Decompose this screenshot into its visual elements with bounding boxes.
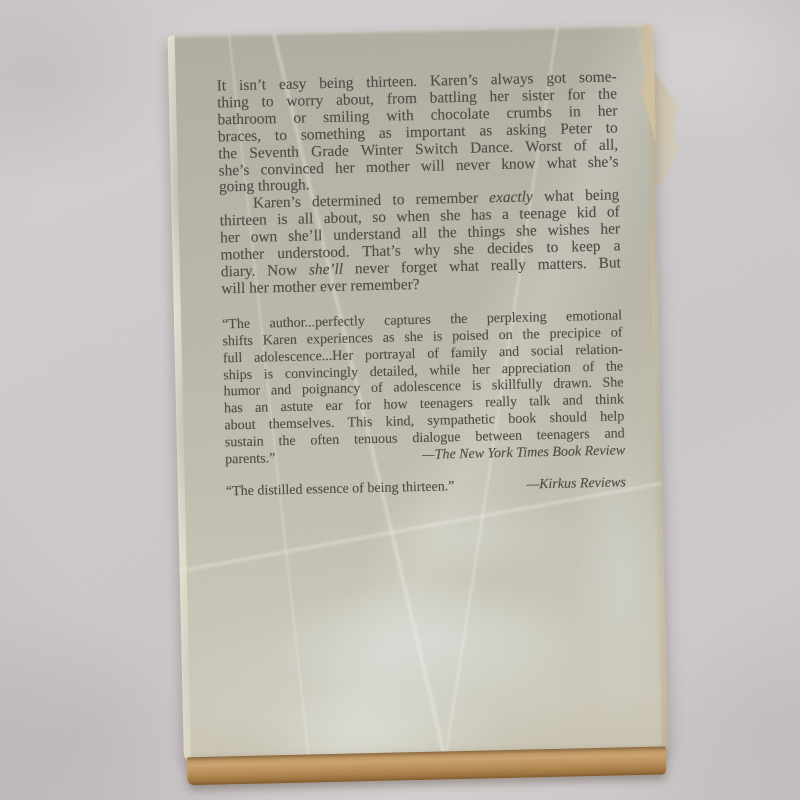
text-segment: parents.” [225,451,275,467]
text-segment: “The distilled essence of being thirteen… [226,479,455,499]
paperback-book: It isn’t easy being thirteen. Karen’s al… [168,25,669,786]
text-segment: exactly [489,189,533,207]
synopsis-paragraphs: It isn’t easy being thirteen. Karen’s al… [217,69,622,298]
paragraph: “The author...perfectly captures the per… [222,308,625,469]
text-segment: what being [533,187,620,206]
text-segment: she’ll [309,261,344,279]
book-back-cover: It isn’t easy being thirteen. Karen’s al… [168,25,668,762]
back-cover-text: It isn’t easy being thirteen. Karen’s al… [217,69,626,501]
text-segment: will her mother ever remember? [221,276,420,297]
paragraph: Karen’s determined to remember exactly w… [219,188,621,298]
review-quotes: “The author...perfectly captures the per… [222,308,626,501]
paragraph: It isn’t easy being thirteen. Karen’s al… [217,69,620,196]
text-segment: diary. Now [221,261,309,280]
photo-background-carpet: It isn’t easy being thirteen. Karen’s al… [0,0,800,800]
review-attribution: —Kirkus Reviews [527,475,627,494]
